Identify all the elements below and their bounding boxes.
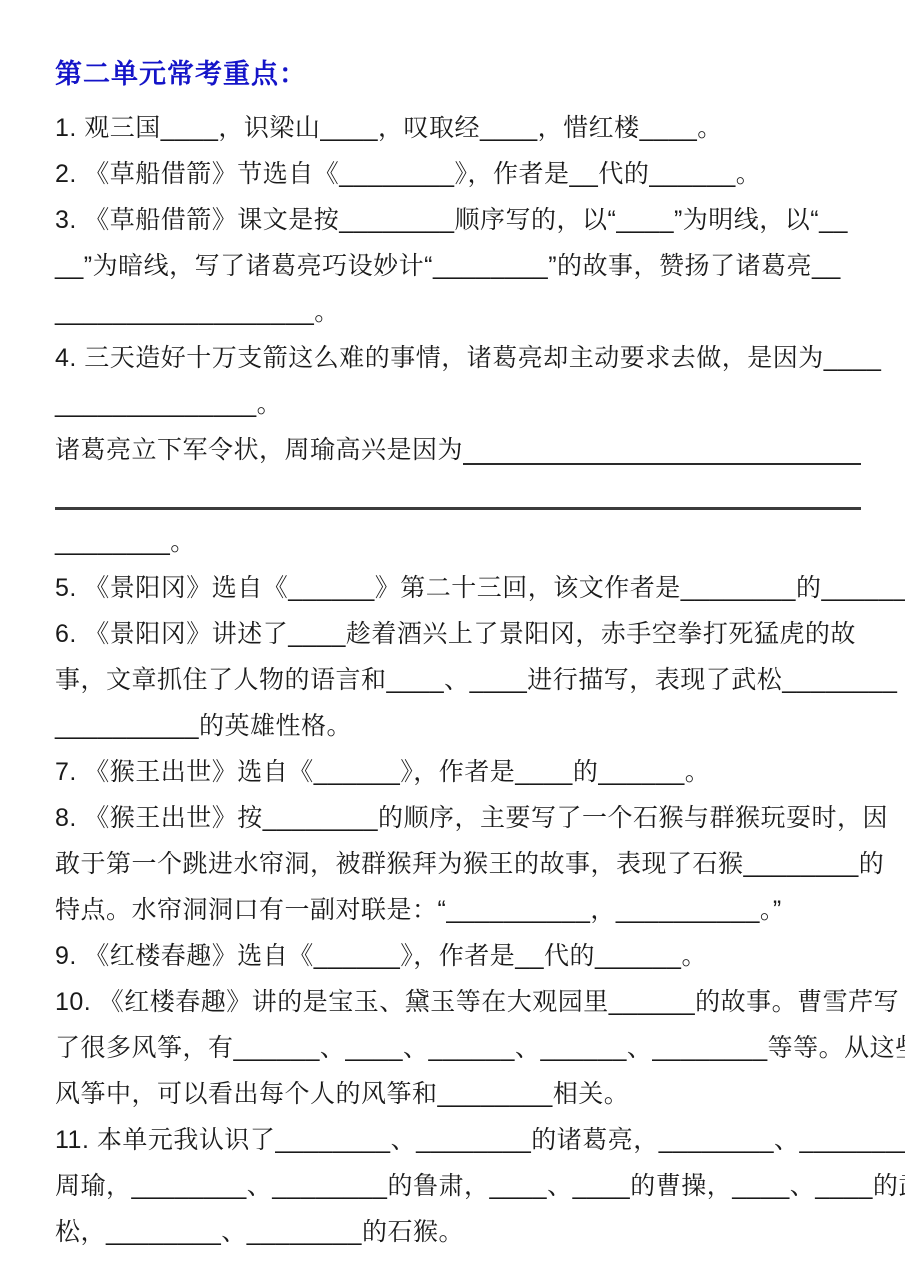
text-line: 7. 《猴王出世》选自《______》，作者是____的______。 xyxy=(55,749,861,795)
text-line: ________。 xyxy=(55,519,861,565)
text-line: 3. 《草船借箭》课文是按________顺序写的，以“____”为明线，以“_… xyxy=(55,197,861,243)
blank-rule-line xyxy=(55,473,861,519)
text-line: 11. 本单元我认识了________、________的诸葛亮，_______… xyxy=(55,1117,861,1163)
text-line: 敢于第一个跳进水帘洞，被群猴拜为猴王的故事，表现了石猴________的 xyxy=(55,841,861,887)
text-line: __”为暗线，写了诸葛亮巧设妙计“________”的故事，赞扬了诸葛亮__ xyxy=(55,243,861,289)
text-line: 1. 观三国____，识梁山____，叹取经____，惜红楼____。 xyxy=(55,105,861,151)
text-line: 6. 《景阳冈》讲述了____趁着酒兴上了景阳冈，赤手空拳打死猛虎的故 xyxy=(55,611,861,657)
text-line: __________的英雄性格。 xyxy=(55,703,861,749)
page-title: 第二单元常考重点： xyxy=(55,52,861,91)
text-line: ______________。 xyxy=(55,381,861,427)
blank-underline xyxy=(55,507,861,510)
text-line: 事，文章抓住了人物的语言和____、____进行描写，表现了武松________ xyxy=(55,657,861,703)
worksheet-sheet: 第二单元常考重点： 1. 观三国____，识梁山____，叹取经____，惜红楼… xyxy=(0,0,905,1280)
text-line: 8. 《猴王出世》按________的顺序，主要写了一个石猴与群猴玩耍时，因 xyxy=(55,795,861,841)
worksheet-page: { "page": { "background": "#ffffff", "te… xyxy=(0,0,905,1280)
text-line: 5. 《景阳冈》选自《______》第二十三回，该文作者是________的__… xyxy=(55,565,861,611)
text-line: 松，________、________的石猴。 xyxy=(55,1209,861,1255)
text-line: 了很多风筝，有______、____、______、______、_______… xyxy=(55,1025,861,1071)
text-line: 2. 《草船借箭》节选自《________》，作者是__代的______。 xyxy=(55,151,861,197)
document-body: 1. 观三国____，识梁山____，叹取经____，惜红楼____。2. 《草… xyxy=(55,105,861,1255)
text-segment: 诸葛亮立下军令状，周瑜高兴是因为 xyxy=(55,427,463,473)
text-line: 特点。水帘洞洞口有一副对联是：“__________，__________。” xyxy=(55,887,861,933)
text-line: 10. 《红楼春趣》讲的是宝玉、黛玉等在大观园里______的故事。曹雪芹写 xyxy=(55,979,861,1025)
text-line: 风筝中，可以看出每个人的风筝和________相关。 xyxy=(55,1071,861,1117)
text-line: 4. 三天造好十万支箭这么难的事情，诸葛亮却主动要求去做，是因为____ xyxy=(55,335,861,381)
text-line: 9. 《红楼春趣》选自《______》，作者是__代的______。 xyxy=(55,933,861,979)
text-line: 诸葛亮立下军令状，周瑜高兴是因为 xyxy=(55,427,861,473)
text-line: __________________。 xyxy=(55,289,861,335)
blank-underline xyxy=(463,463,861,465)
text-line: 周瑜，________、________的鲁肃，____、____的曹操，___… xyxy=(55,1163,861,1209)
